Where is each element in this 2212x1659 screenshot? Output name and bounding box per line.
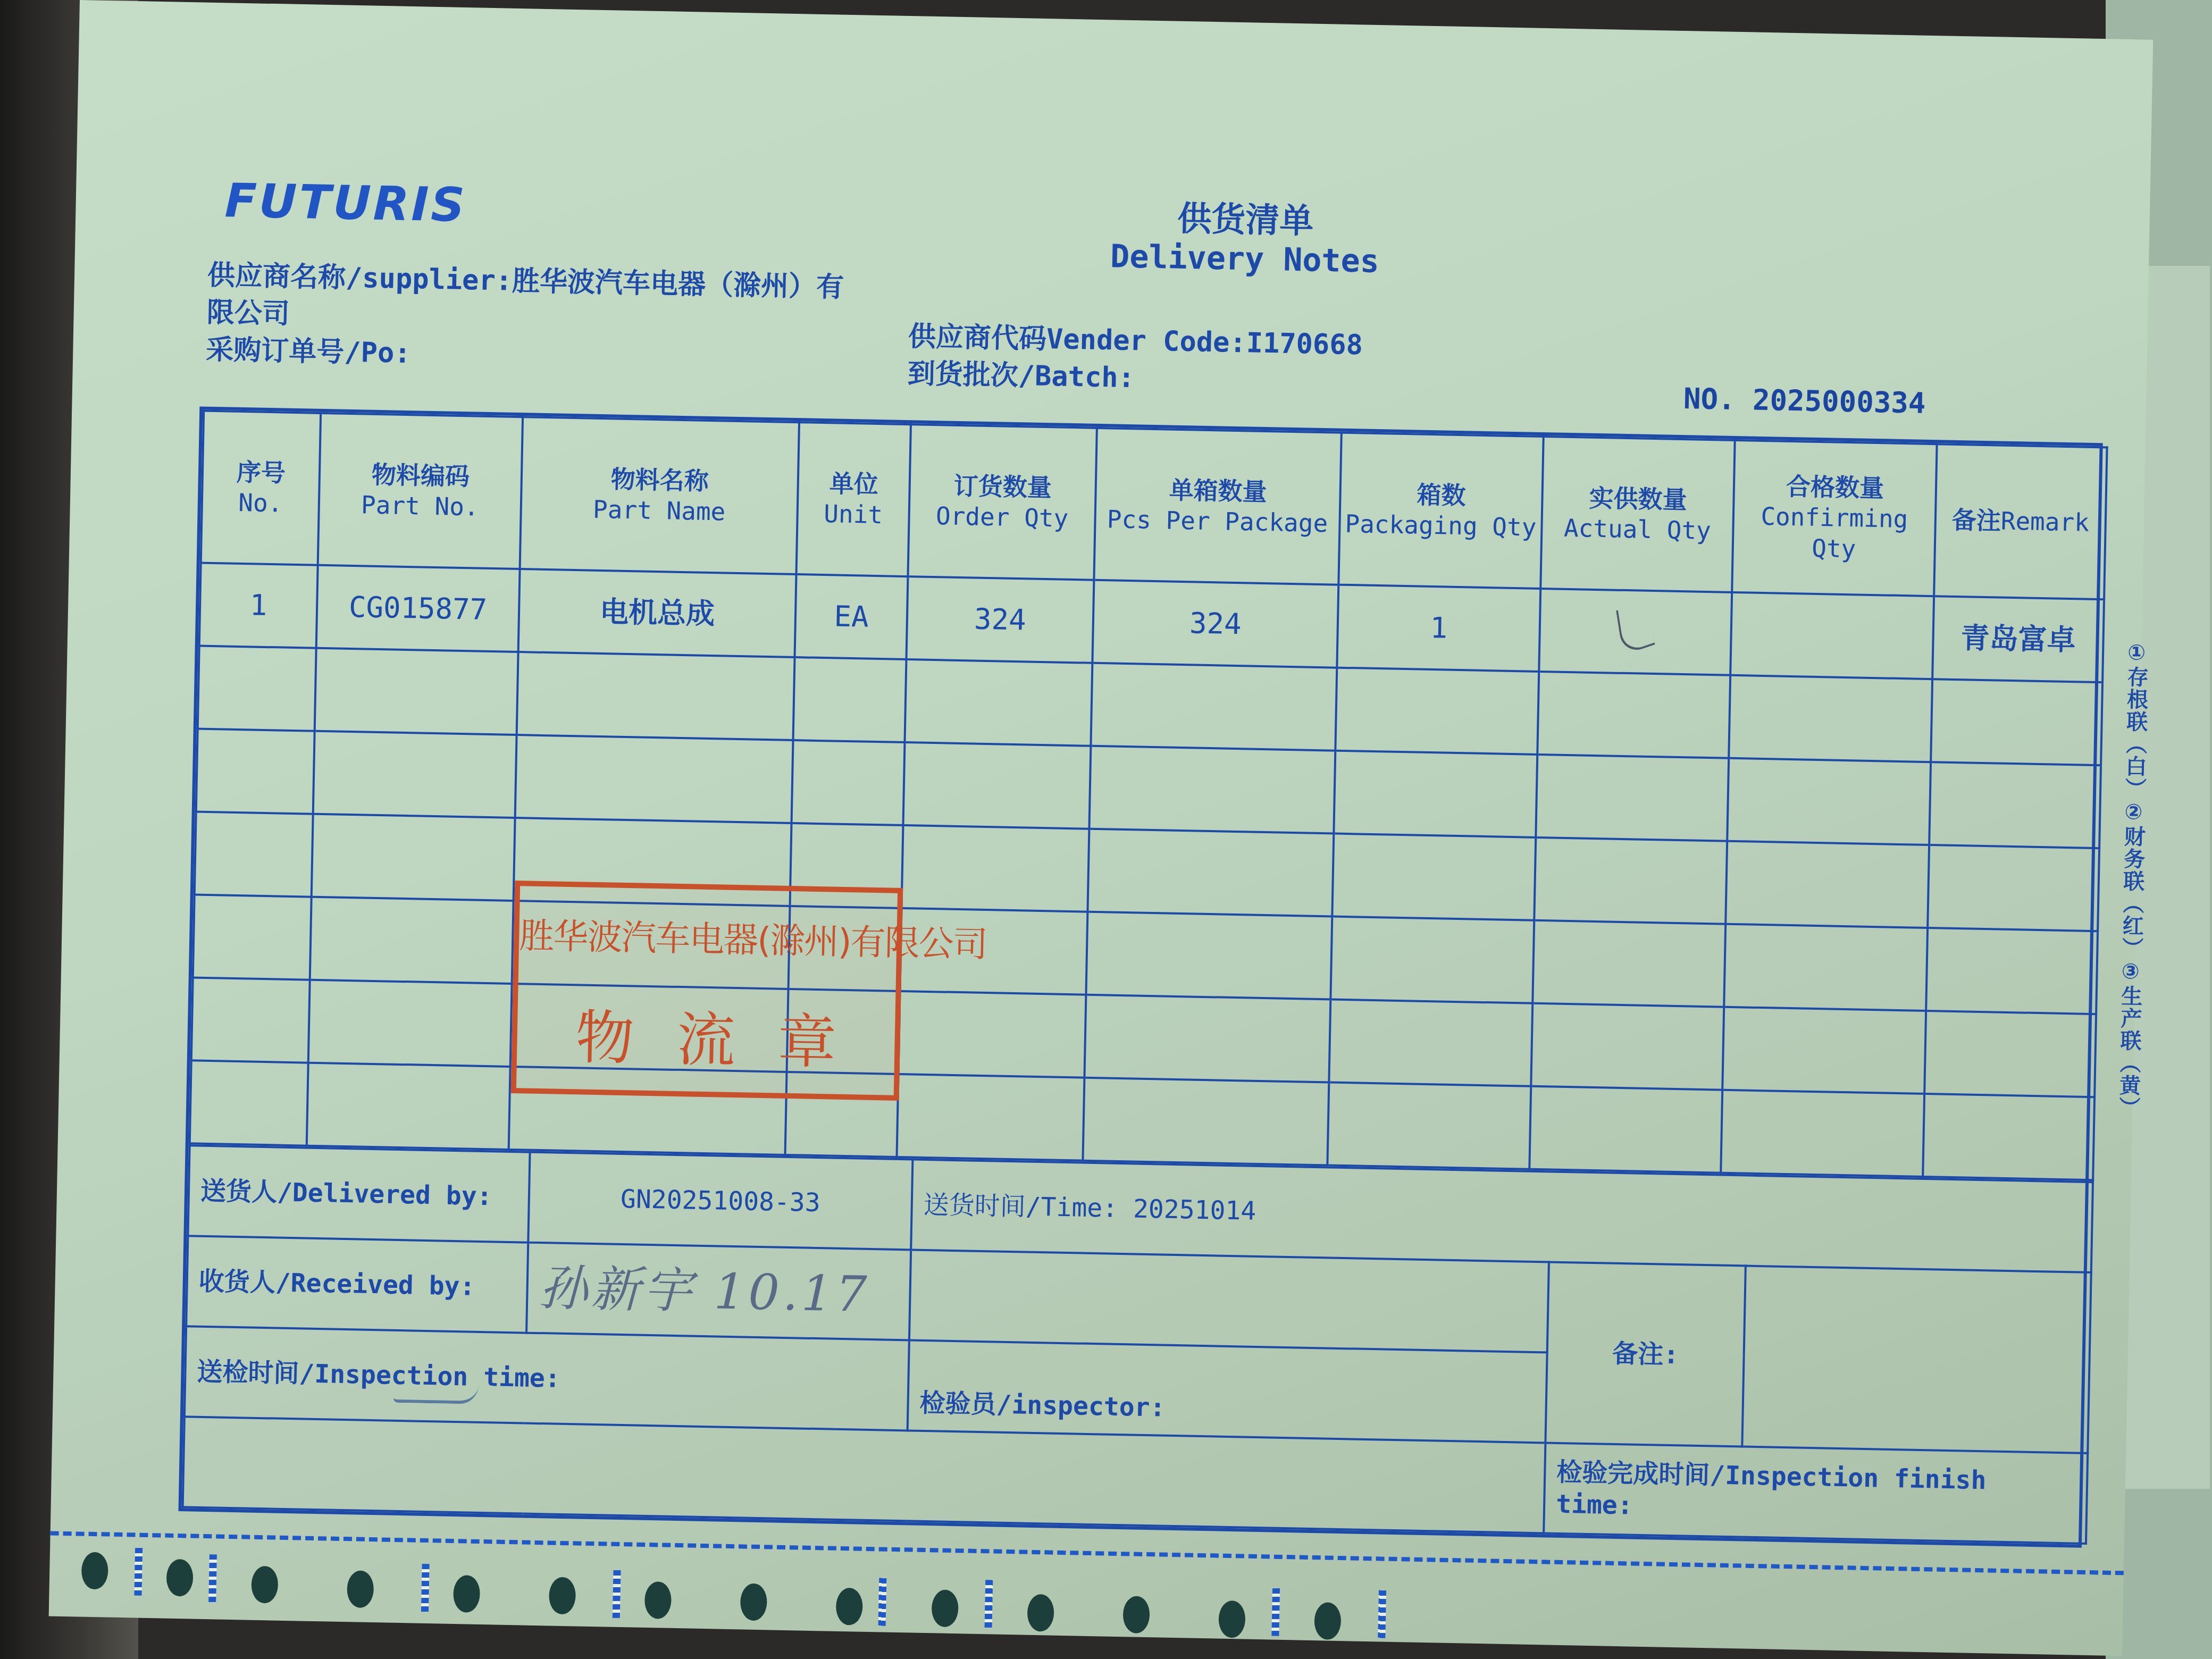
stamp-type: 物流章: [516, 990, 895, 1081]
perforation-hole: [1218, 1601, 1245, 1638]
cell-pcs-per-package: 324: [1092, 580, 1338, 668]
perforation-hole: [251, 1566, 278, 1604]
po-label: 采购订单号/Po:: [206, 334, 411, 370]
perforation-hole: [549, 1577, 576, 1615]
perforation-mark: [613, 1570, 621, 1618]
perforation-hole: [644, 1581, 672, 1619]
number-value: 2025000334: [1753, 383, 1926, 420]
cell-actual-qty: [1539, 589, 1732, 675]
perforation-mark: [878, 1578, 887, 1626]
supplier-name: 胜华波汽车电器（滁州）有: [512, 265, 844, 304]
col-header-order-qty: 订货数量Order Qty: [908, 424, 1096, 580]
po-field: 采购订单号/Po:: [206, 327, 412, 371]
perforation-mark: [421, 1564, 430, 1612]
received-by-blank: [909, 1250, 1549, 1352]
cell-packaging-qty: 1: [1337, 585, 1540, 672]
perforation-hole: [81, 1552, 108, 1590]
cell-no: 1: [199, 563, 318, 648]
delivered-by-value: GN20251008-33: [528, 1152, 912, 1250]
perforation-hole: [347, 1570, 374, 1608]
cell-part-name: 电机总成: [518, 569, 797, 657]
col-header-part-no: 物料编码Part No.: [318, 413, 523, 569]
footer-table: 送货人/Delivered by: GN20251008-33 送货时间/Tim…: [182, 1144, 2094, 1545]
batch-field: 到货批次/Batch:: [907, 351, 1135, 395]
remarks-label: 备注:: [1545, 1262, 1745, 1446]
col-header-confirming-qty: 合格数量Confirming Qty: [1732, 440, 1937, 596]
delivery-note-sheet: FUTURIS 供货清单 Delivery Notes 供应商名称/suppli…: [49, 0, 2154, 1656]
received-by-signature: 孙新宇 10.17: [539, 1260, 871, 1323]
inspection-finish-label: 检验完成时间/Inspection finish time:: [1544, 1443, 2088, 1544]
cell-confirming-qty: [1730, 592, 1934, 679]
col-header-remark: 备注Remark: [1934, 444, 2107, 599]
perforation-hole: [932, 1589, 959, 1627]
perforation-hole: [1027, 1594, 1054, 1632]
perforation-hole: [1314, 1602, 1341, 1640]
supplier-name-continued: 限公司: [206, 290, 290, 331]
inspector-label: 检验员/inspector:: [908, 1340, 1547, 1443]
perforation-hole: [1122, 1596, 1150, 1633]
stamp-company: 胜华波汽车电器(滁州)有限公司: [519, 907, 898, 965]
remarks-value: [1742, 1266, 2091, 1453]
col-header-actual-qty: 实供数量Actual Qty: [1540, 437, 1735, 592]
vendor-code-value: I170668: [1246, 327, 1363, 361]
cell-part-no: CG015877: [316, 565, 520, 652]
cell-remark: 青岛富卓: [1932, 596, 2104, 682]
cell-order-qty: 324: [906, 576, 1094, 663]
delivery-time-value: 20251014: [1133, 1194, 1256, 1226]
perforation-hole: [166, 1559, 193, 1597]
perforation-mark: [134, 1548, 143, 1596]
number-label: NO.: [1683, 382, 1736, 416]
col-header-part-name: 物料名称Part Name: [520, 417, 799, 574]
tractor-feed-strip: [48, 1531, 2124, 1659]
inspection-time-label: 送检时间/Inspection time:: [185, 1326, 909, 1430]
document-number: NO. 2025000334: [1683, 382, 1926, 420]
futuris-logo: FUTURIS: [224, 173, 467, 232]
delivery-table: 序号No. 物料编码Part No. 物料名称Part Name 单位Unit …: [178, 406, 2102, 1547]
received-by-signature-cell: 孙新宇 10.17: [526, 1243, 911, 1340]
handwritten-check-icon: [1616, 600, 1655, 656]
batch-label: 到货批次/Batch:: [907, 358, 1135, 394]
perforation-mark: [1271, 1588, 1280, 1636]
received-by-label: 收货人/Received by:: [186, 1236, 528, 1333]
perforation-hole: [453, 1575, 480, 1613]
col-header-pcs-per-package: 单箱数量Pcs Per Package: [1094, 428, 1341, 585]
supplier-field: 供应商名称/supplier:胜华波汽车电器（滁州）有: [207, 253, 844, 305]
perforation-mark: [208, 1554, 217, 1602]
delivery-time-label: 送货时间/Time:: [923, 1190, 1118, 1224]
perforation-mark: [1378, 1590, 1386, 1638]
cell-unit: EA: [795, 574, 908, 659]
delivered-by-label: 送货人/Delivered by:: [188, 1145, 530, 1242]
perforation-hole: [836, 1588, 863, 1626]
pen-mark: [393, 1384, 479, 1404]
col-header-unit: 单位Unit: [797, 422, 911, 576]
perforation-hole: [740, 1583, 767, 1621]
perforation-mark: [985, 1580, 993, 1628]
col-header-packaging-qty: 箱数Packaging Qty: [1338, 433, 1543, 589]
logistics-stamp: 胜华波汽车电器(滁州)有限公司 物流章: [511, 881, 903, 1101]
col-header-no: 序号No.: [201, 411, 321, 565]
